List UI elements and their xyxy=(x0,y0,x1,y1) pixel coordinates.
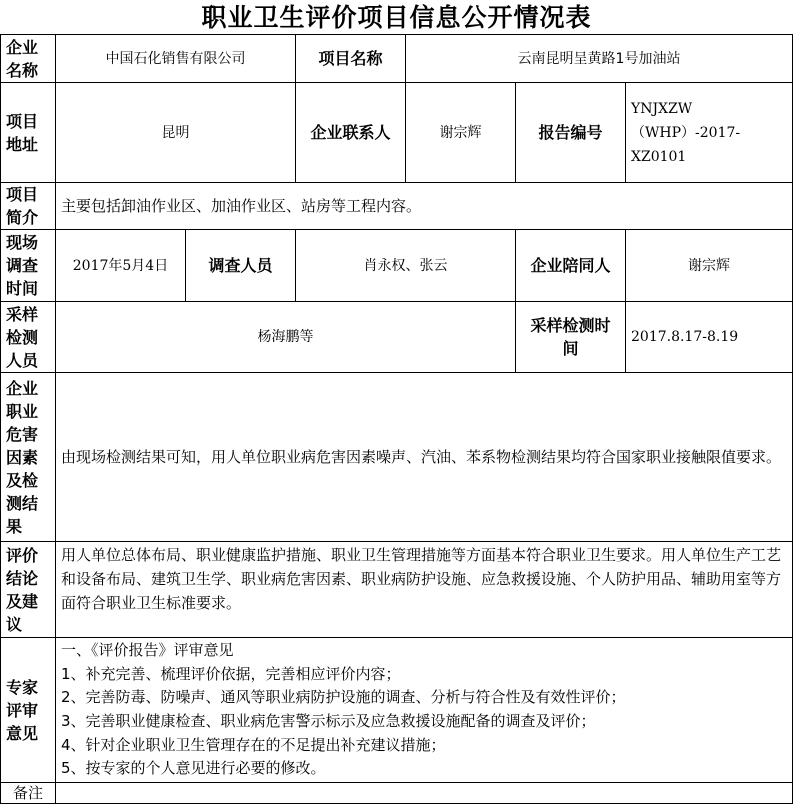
evaluation-conclusion-label-text: 评价结论及建议 xyxy=(6,544,40,636)
sampling-time-value: 2017.8.17-8.19 xyxy=(625,301,793,373)
expert-review-label-text: 专家评审意见 xyxy=(6,676,40,745)
survey-date-value: 2017年5月4日 xyxy=(55,229,186,302)
company-name-value: 中国石化销售有限公司 xyxy=(55,34,296,83)
survey-staff-label: 调查人员 xyxy=(185,229,296,302)
project-summary-value: 主要包括卸油作业区、加油作业区、站房等工程内容。 xyxy=(55,182,793,230)
project-summary-label: 项目简介 xyxy=(0,182,56,230)
sampling-staff-label-text: 采样检测人员 xyxy=(6,303,40,372)
evaluation-conclusion-value: 用人单位总体布局、职业健康监护措施、职业卫生管理措施等方面基本符合职业卫生要求。… xyxy=(55,541,793,638)
project-address-label: 项目地址 xyxy=(0,82,56,183)
report-number-label: 报告编号 xyxy=(515,82,626,183)
sampling-staff-value: 杨海鹏等 xyxy=(55,301,516,373)
report-number-value: YNJXZW（WHP）-2017-XZ0101 xyxy=(625,82,793,183)
page-title: 职业卫生评价项目信息公开情况表 xyxy=(0,0,793,34)
expert-review-item: 3、完善职业健康检查、职业病危害警示标示及应急救援设施配备的调查及评价； xyxy=(61,710,596,734)
project-address-value: 昆明 xyxy=(55,82,296,183)
company-escort-label: 企业陪同人 xyxy=(515,229,626,302)
expert-review-item: 1、补充完善、梳理评价依据，完善相应评价内容； xyxy=(61,663,401,687)
remarks-label: 备注 xyxy=(0,782,56,804)
expert-review-list: 一、《评价报告》评审意见 1、补充完善、梳理评价依据，完善相应评价内容； 2、完… xyxy=(55,637,793,783)
sampling-staff-label: 采样检测人员 xyxy=(0,301,56,373)
company-escort-value: 谢宗辉 xyxy=(625,229,793,302)
company-contact-value: 谢宗辉 xyxy=(405,82,516,183)
survey-time-label: 现场调查时间 xyxy=(0,229,56,302)
expert-review-heading: 一、《评价报告》评审意见 xyxy=(61,639,234,663)
company-contact-label: 企业联系人 xyxy=(295,82,406,183)
expert-review-label: 专家评审意见 xyxy=(0,637,56,783)
survey-staff-value: 肖永权、张云 xyxy=(295,229,516,302)
survey-time-label-text: 现场调查时间 xyxy=(6,231,40,300)
project-summary-label-text: 项目简介 xyxy=(6,183,40,229)
expert-review-item: 5、按专家的个人意见进行必要的修改。 xyxy=(61,757,326,781)
company-name-label-text: 企业名称 xyxy=(6,36,40,82)
hazard-results-value: 由现场检测结果可知，用人单位职业病危害因素噪声、汽油、苯系物检测结果均符合国家职… xyxy=(55,372,793,542)
expert-review-item: 2、完善防毒、防噪声、通风等职业病防护设施的调查、分析与符合性及有效性评价； xyxy=(61,686,626,710)
project-name-label: 项目名称 xyxy=(295,34,406,83)
evaluation-conclusion-label: 评价结论及建议 xyxy=(0,541,56,638)
sampling-time-label: 采样检测时间 xyxy=(515,301,626,373)
hazard-results-label-text: 企业职业危害因素及检测结果 xyxy=(6,377,40,538)
hazard-results-label: 企业职业危害因素及检测结果 xyxy=(0,372,56,542)
project-name-value: 云南昆明呈黄路1号加油站 xyxy=(405,34,793,83)
company-name-label: 企业名称 xyxy=(0,34,56,83)
expert-review-item: 4、针对企业职业卫生管理存在的不足提出补充建议措施； xyxy=(61,734,446,758)
remarks-value xyxy=(55,782,793,804)
project-address-label-text: 项目地址 xyxy=(6,110,40,156)
